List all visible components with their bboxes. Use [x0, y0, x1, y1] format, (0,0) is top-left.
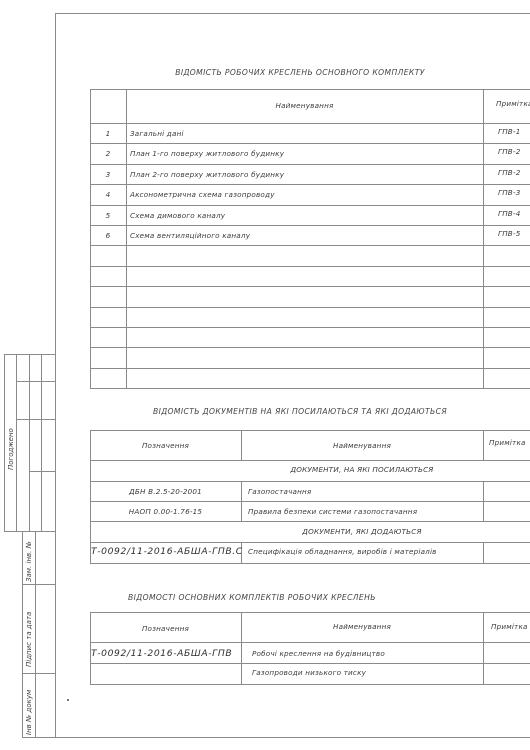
row-number: 2	[90, 149, 126, 158]
table2-row2-code: НАОП 0.00-1.76-15	[90, 507, 241, 516]
row-note: ГПВ-2	[498, 147, 521, 156]
table2-header-name: Найменування	[241, 441, 483, 450]
stamp-inv-original-label: Інв № докум	[25, 690, 33, 735]
table1-header-note: Примітка	[496, 99, 530, 108]
scan-dot	[67, 699, 69, 701]
row-note: ГПВ-4	[498, 209, 521, 218]
table3-title: ВІДОМОСТІ ОСНОВНИХ КОМПЛЕКТІВ РОБОЧИХ КР…	[128, 593, 376, 602]
row-name: Схема вентиляційного каналу	[130, 231, 250, 240]
table2-row1-code: ДБН В.2.5-20-2001	[90, 487, 241, 496]
table2-row1-name: Газопостачання	[248, 487, 311, 496]
table2-header-note: Примітка	[489, 438, 526, 447]
table2-row3-code: Т-0092/11-2016-АБША-ГПВ.С	[91, 546, 243, 557]
table2-header-code: Позначення	[90, 441, 241, 450]
table3-row2-name: Газопроводи низького тиску	[252, 668, 366, 677]
row-note: ГПВ-5	[498, 229, 521, 238]
row-name: План 1-го поверху житлового будинку	[130, 149, 284, 158]
row-note: ГПВ-1	[498, 127, 521, 136]
stamp-signature-date-label: Підпис та дата	[25, 612, 33, 667]
stamp-agreed-label: Погоджено	[7, 428, 15, 470]
table2-title: ВІДОМІСТЬ ДОКУМЕНТІВ НА ЯКІ ПОСИЛАЮТЬСЯ …	[90, 407, 510, 416]
row-number: 6	[90, 231, 126, 240]
table3-header-code: Позначення	[90, 624, 241, 633]
stamp-replaced-inv-label: Зам. інв. №	[25, 541, 33, 582]
row-name: Схема димового каналу	[130, 211, 225, 220]
row-name: План 2-го поверху житлового будинку	[130, 170, 284, 179]
table2-section1: ДОКУМЕНТИ, НА ЯКІ ПОСИЛАЮТЬСЯ	[241, 465, 483, 474]
row-number: 4	[90, 190, 126, 199]
row-note: ГПВ-2	[498, 168, 521, 177]
table1-title: ВІДОМІСТЬ РОБОЧИХ КРЕСЛЕНЬ ОСНОВНОГО КОМ…	[90, 68, 510, 77]
row-name: Загальні дані	[130, 129, 184, 138]
table3-row1-name: Робочі креслення на будівництво	[252, 649, 385, 658]
row-number: 3	[90, 170, 126, 179]
table3-header-name: Найменування	[241, 622, 483, 631]
frame-top-line	[55, 13, 530, 14]
table2-section2: ДОКУМЕНТИ, ЯКІ ДОДАЮТЬСЯ	[241, 527, 483, 536]
row-name: Аксонометрична схема газопроводу	[130, 190, 275, 199]
table3-header-note: Примітка	[491, 622, 528, 631]
row-number: 1	[90, 129, 126, 138]
table2-row2-name: Правила безпеки системи газопостачання	[248, 507, 417, 516]
frame-left-line	[55, 13, 56, 737]
table2-row3-name: Специфікація обладнання, виробів і матер…	[248, 547, 437, 556]
table3-row1-code: Т-0092/11-2016-АБША-ГПВ	[91, 648, 232, 659]
table1-header-name: Найменування	[126, 101, 483, 110]
row-number: 5	[90, 211, 126, 220]
frame-bottom-line	[22, 737, 530, 738]
row-note: ГПВ-3	[498, 188, 521, 197]
